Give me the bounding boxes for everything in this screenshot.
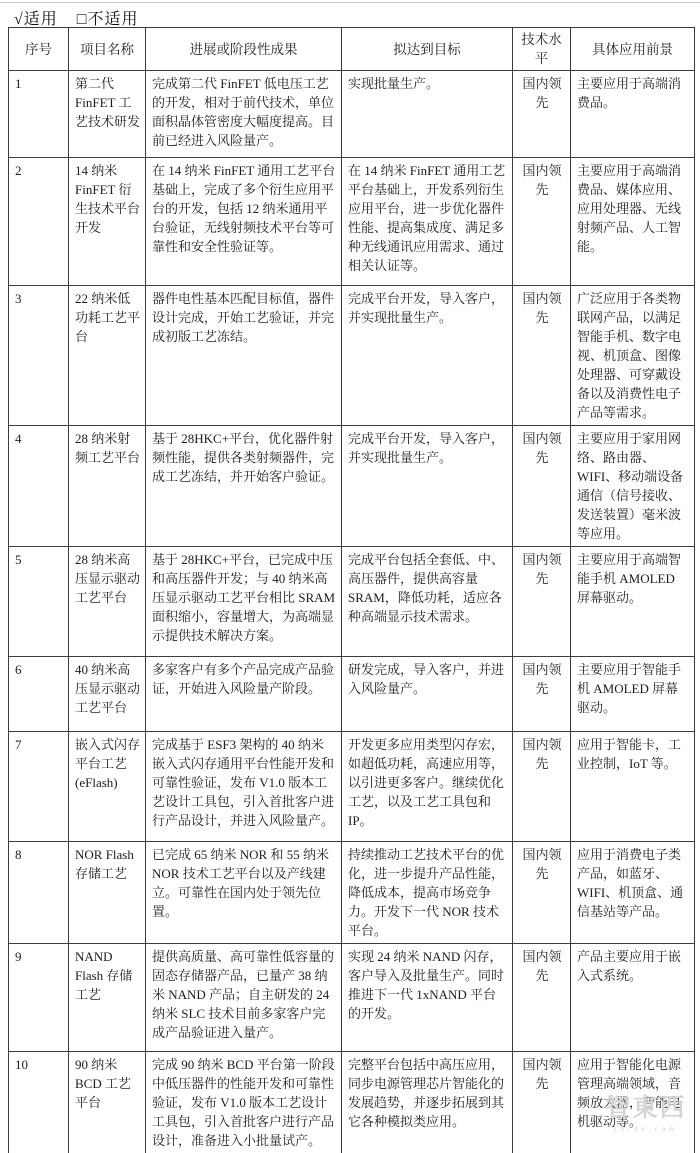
cell-tech-level: 国内领先 (513, 944, 571, 1052)
cell-progress: 完成基于 ESF3 架构的 40 纳米嵌入式闪存通用平台性能开发和可靠性验证，发… (146, 732, 342, 842)
cell-application: 应用于智能卡，工业控制，IoT 等。 (571, 732, 695, 842)
cell-project-name: 22 纳米低功耗工艺平台 (69, 286, 146, 426)
cell-progress: 基于 28HKC+平台，已完成中压和高压器件开发；与 40 纳米高压显示驱动工艺… (146, 547, 342, 657)
watermark-logo: 智東西 zhidx.com (598, 1096, 694, 1133)
cell-goal: 完整平台包括中高压应用，同步电源管理芯片智能化的发展趋势，并逐步拓展到其它各种模… (342, 1052, 513, 1153)
col-header-tech-level: 技术水平 (513, 28, 571, 71)
cell-project-name: NOR Flash 存储工艺 (69, 842, 146, 944)
cell-no: 7 (9, 732, 69, 842)
cell-tech-level: 国内领先 (513, 657, 571, 732)
cell-project-name: 第二代 FinFET 工艺技术研发 (69, 71, 146, 158)
table-row: 3 22 纳米低功耗工艺平台 器件电性基本匹配目标值，器件设计完成，开始工艺验证… (9, 286, 695, 426)
cell-progress: 完成 90 纳米 BCD 平台第一阶段中低压器件的性能开发和可靠性验证，发布 V… (146, 1052, 342, 1153)
cell-no: 10 (9, 1052, 69, 1153)
cell-goal: 完成平台包括全套低、中、高压器件，提供高容量 SRAM，降低功耗，适应各种高端显… (342, 547, 513, 657)
cell-application: 产品主要应用于嵌入式系统。 (571, 944, 695, 1052)
table-row: 10 90 纳米 BCD 工艺平台 完成 90 纳米 BCD 平台第一阶段中低压… (9, 1052, 695, 1153)
watermark-brand-text: 智東西 (598, 1096, 694, 1122)
table-row: 4 28 纳米射频工艺平台 基于 28HKC+平台，优化器件射频性能，提供各类射… (9, 426, 695, 547)
cell-no: 1 (9, 71, 69, 158)
col-header-project-name: 项目名称 (69, 28, 146, 71)
cell-progress: 已完成 65 纳米 NOR 和 55 纳米 NOR 技术工艺平台以及产线建立。可… (146, 842, 342, 944)
cell-progress: 基于 28HKC+平台，优化器件射频性能，提供各类射频器件，完成工艺冻结，并开始… (146, 426, 342, 547)
check-not-applicable: □不适用 (77, 11, 139, 28)
cell-goal: 在 14 纳米 FinFET 通用工艺平台基础上，开发系列衍生应用平台，进一步优… (342, 158, 513, 286)
cell-tech-level: 国内领先 (513, 158, 571, 286)
cell-application: 主要应用于智能手机 AMOLED 屏幕驱动。 (571, 657, 695, 732)
cell-no: 3 (9, 286, 69, 426)
table-row: 5 28 纳米高压显示驱动工艺平台 基于 28HKC+平台，已完成中压和高压器件… (9, 547, 695, 657)
cell-project-name: 14 纳米 FinFET 衍生技术平台开发 (69, 158, 146, 286)
cell-project-name: 90 纳米 BCD 工艺平台 (69, 1052, 146, 1153)
cell-tech-level: 国内领先 (513, 842, 571, 944)
cell-tech-level: 国内领先 (513, 1052, 571, 1153)
watermark-site-text: zhidx.com (598, 1125, 694, 1133)
cell-application: 主要应用于高端消费品、媒体应用、应用处理器、无线射频产品、人工智能。 (571, 158, 695, 286)
cell-goal: 持续推动工艺技术平台的优化，进一步提升产品性能，降低成本，提高市场竞争力。开发下… (342, 842, 513, 944)
cell-no: 5 (9, 547, 69, 657)
cell-tech-level: 国内领先 (513, 71, 571, 158)
col-header-goal: 拟达到目标 (342, 28, 513, 71)
cell-progress: 在 14 纳米 FinFET 通用工艺平台基础上，完成了多个衍生应用平台的开发，… (146, 158, 342, 286)
cell-application: 主要应用于家用网络、路由器、WIFI、移动端设备通信（信号接收、发送装置）毫米波… (571, 426, 695, 547)
cell-goal: 完成平台开发，导入客户，并实现批量生产。 (342, 426, 513, 547)
cell-goal: 开发更多应用类型闪存宏，如超低功耗，高速应用等，以引进更多客户。继续优化工艺，以… (342, 732, 513, 842)
cell-no: 6 (9, 657, 69, 732)
table-row: 6 40 纳米高压显示驱动工艺平台 多家客户有多个产品完成产品验证，开始进入风险… (9, 657, 695, 732)
cell-goal: 实现 24 纳米 NAND 闪存，客户导入及批量生产。同时推进下一代 1xNAN… (342, 944, 513, 1052)
cell-tech-level: 国内领先 (513, 547, 571, 657)
col-header-application: 具体应用前景 (571, 28, 695, 71)
table-row: 2 14 纳米 FinFET 衍生技术平台开发 在 14 纳米 FinFET 通… (9, 158, 695, 286)
cell-application: 主要应用于高端智能手机 AMOLED 屏幕驱动。 (571, 547, 695, 657)
cell-application: 应用于消费电子类产品，如蓝牙、WIFI、机顶盒、通信基站等产品。 (571, 842, 695, 944)
cell-project-name: 28 纳米射频工艺平台 (69, 426, 146, 547)
cell-project-name: NAND Flash 存储工艺 (69, 944, 146, 1052)
cell-application: 广泛应用于各类物联网产品，以满足智能手机、数字电视、机顶盒、图像处理器、可穿戴设… (571, 286, 695, 426)
table-row: 1 第二代 FinFET 工艺技术研发 完成第二代 FinFET 低电压工艺的开… (9, 71, 695, 158)
cell-project-name: 嵌入式闪存平台工艺 (eFlash) (69, 732, 146, 842)
cell-no: 2 (9, 158, 69, 286)
table-row: 7 嵌入式闪存平台工艺 (eFlash) 完成基于 ESF3 架构的 40 纳米… (9, 732, 695, 842)
cell-project-name: 28 纳米高压显示驱动工艺平台 (69, 547, 146, 657)
cell-progress: 器件电性基本匹配目标值，器件设计完成，开始工艺验证，并完成初版工艺冻结。 (146, 286, 342, 426)
check-applicable: √适用 (14, 11, 58, 28)
cell-tech-level: 国内领先 (513, 426, 571, 547)
project-progress-table: 序号 项目名称 进展或阶段性成果 拟达到目标 技术水平 具体应用前景 1 第二代… (8, 27, 695, 1153)
applicability-options: √适用 □不适用 (14, 6, 152, 29)
cell-no: 8 (9, 842, 69, 944)
cell-application: 主要应用于高端消费品。 (571, 71, 695, 158)
cell-goal: 实现批量生产。 (342, 71, 513, 158)
table-header-row: 序号 项目名称 进展或阶段性成果 拟达到目标 技术水平 具体应用前景 (9, 28, 695, 71)
cell-tech-level: 国内领先 (513, 732, 571, 842)
col-header-no: 序号 (9, 28, 69, 71)
cell-project-name: 40 纳米高压显示驱动工艺平台 (69, 657, 146, 732)
cell-goal: 完成平台开发，导入客户，并实现批量生产。 (342, 286, 513, 426)
col-header-progress: 进展或阶段性成果 (146, 28, 342, 71)
cell-progress: 多家客户有多个产品完成产品验证，开始进入风险量产阶段。 (146, 657, 342, 732)
table-row: 8 NOR Flash 存储工艺 已完成 65 纳米 NOR 和 55 纳米 N… (9, 842, 695, 944)
table-row: 9 NAND Flash 存储工艺 提供高质量、高可靠性低容量的固态存储器产品，… (9, 944, 695, 1052)
cell-tech-level: 国内领先 (513, 286, 571, 426)
cell-progress: 完成第二代 FinFET 低电压工艺的开发，相对于前代技术，单位面积晶体管密度大… (146, 71, 342, 158)
cell-goal: 研发完成，导入客户，并进入风险量产。 (342, 657, 513, 732)
cell-no: 4 (9, 426, 69, 547)
cell-no: 9 (9, 944, 69, 1052)
top-divider (0, 2, 700, 3)
cell-progress: 提供高质量、高可靠性低容量的固态存储器产品，已量产 38 纳米 NAND 产品；… (146, 944, 342, 1052)
